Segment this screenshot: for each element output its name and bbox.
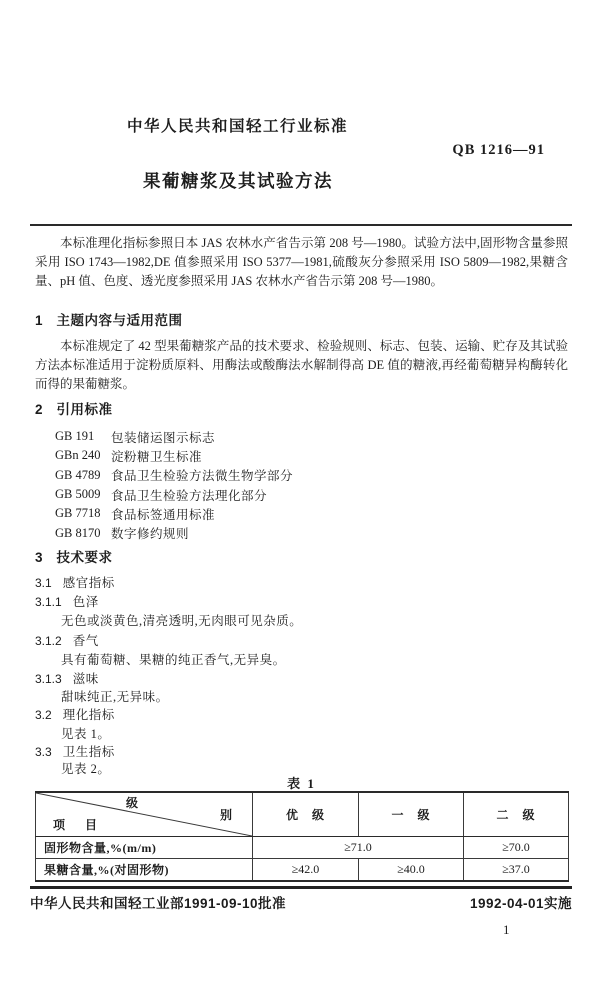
reference-name: 淀粉糖卫生标准 (111, 447, 202, 465)
section-3-heading: 3技术要求 (35, 548, 568, 567)
table-row-solids-content: 固形物含量,%(m/m) ≥71.0 ≥70.0 (36, 837, 569, 859)
header-divider (30, 224, 572, 226)
footer-divider (30, 886, 572, 889)
subsection-3-1-3: 3.1.3 滋味 (35, 671, 568, 688)
subsection-title: 卫生指标 (63, 744, 115, 761)
subsection-text: 甜味纯正,无异味。 (35, 689, 568, 706)
corner-label-grade-1: 级 (126, 797, 139, 809)
subsection-text: 见表 1。 (35, 726, 568, 743)
reference-code: GB 4789 (55, 468, 111, 483)
standard-code: QB 1216—91 (452, 142, 545, 159)
section-3-number: 3 (35, 550, 43, 565)
subsection-text: 具有葡萄糖、果糖的纯正香气,无异臭。 (35, 652, 568, 669)
approval-line: 中华人民共和国轻工业部1991-09-10批准 (30, 892, 286, 912)
section-3-title: 技术要求 (57, 550, 113, 565)
reference-list: GB 191 包装储运图示标志 GBn 240 淀粉糖卫生标准 GB 4789 … (35, 427, 568, 543)
intro-paragraph: 本标准理化指标参照日本 JAS 农林水产省告示第 208 号—1980。试验方法… (35, 234, 568, 291)
section-1-number: 1 (35, 313, 43, 328)
document-page: 中华人民共和国轻工行业标准 QB 1216—91 果葡糖浆及其试验方法 本标准理… (0, 0, 600, 989)
corner-label-item-1: 项 (53, 819, 66, 831)
subsection-title: 理化指标 (63, 707, 115, 724)
standard-org-line: 中华人民共和国轻工行业标准 (127, 114, 348, 136)
subsection-3-1-1: 3.1.1 色泽 (35, 594, 568, 611)
page-number: 1 (503, 922, 510, 938)
reference-name: 包装储运图示标志 (111, 428, 215, 446)
reference-code: GBn 240 (55, 448, 111, 463)
section-1-title: 主题内容与适用范围 (57, 313, 183, 328)
subsection-text: 无色或淡黄色,清亮透明,无肉眼可见杂质。 (35, 613, 568, 630)
reference-item: GB 191 包装储运图示标志 (35, 427, 568, 446)
row-value: ≥42.0 (253, 859, 359, 882)
reference-code: GB 5009 (55, 487, 111, 502)
reference-name: 数字修约规则 (111, 524, 189, 542)
reference-item: GB 7718 食品标签通用标准 (35, 504, 568, 523)
reference-item: GB 8170 数字修约规则 (35, 523, 568, 542)
reference-code: GB 191 (55, 429, 111, 444)
section-2-title: 引用标准 (57, 402, 113, 417)
section-1-paragraph-2: 本标准适用于淀粉质原料、用酶法或酸酶法水解制得高 DE 值的糖液,再经葡萄糖异构… (35, 356, 568, 394)
row-item-label: 固形物含量,%(m/m) (36, 837, 253, 859)
table-1-caption: 表 1 (35, 773, 568, 792)
subsection-3-1: 3.1 感官指标 (35, 575, 568, 592)
subsection-number: 3.1.1 (35, 594, 62, 611)
reference-item: GB 5009 食品卫生检验方法理化部分 (35, 485, 568, 504)
table-1: 级 别 项 目 优 级 一 级 二 级 固形物含量,%(m/m) ≥71.0 ≥… (35, 791, 569, 882)
subsection-title: 色泽 (73, 594, 99, 611)
reference-code: GB 8170 (55, 526, 111, 541)
corner-label-grade-2: 别 (220, 809, 233, 821)
section-1-heading: 1主题内容与适用范围 (35, 311, 568, 330)
subsection-number: 3.1.2 (35, 633, 62, 650)
subsection-3-3: 3.3 卫生指标 (35, 744, 568, 761)
subsection-number: 3.1 (35, 575, 52, 592)
row-value: ≥40.0 (359, 859, 464, 882)
subsection-title: 感官指标 (63, 575, 115, 592)
table-row-fructose-content: 果糖含量,%(对固形物) ≥42.0 ≥40.0 ≥37.0 (36, 859, 569, 882)
row-item-label: 果糖含量,%(对固形物) (36, 859, 253, 882)
table-corner-cell: 级 别 项 目 (36, 792, 253, 837)
row-value: ≥71.0 (253, 837, 464, 859)
row-value: ≥70.0 (464, 837, 569, 859)
corner-label-item-2: 目 (85, 819, 98, 831)
reference-item: GBn 240 淀粉糖卫生标准 (35, 446, 568, 465)
reference-name: 食品卫生检验方法理化部分 (111, 486, 267, 504)
row-value: ≥37.0 (464, 859, 569, 882)
implementation-line: 1992-04-01实施 (470, 892, 572, 912)
subsection-3-2: 3.2 理化指标 (35, 707, 568, 724)
table-header-row: 级 别 项 目 优 级 一 级 二 级 (36, 792, 569, 837)
column-header-second-grade: 二 级 (464, 792, 569, 837)
reference-name: 食品标签通用标准 (111, 505, 215, 523)
column-header-premium-grade: 优 级 (253, 792, 359, 837)
column-header-first-grade: 一 级 (359, 792, 464, 837)
reference-code: GB 7718 (55, 506, 111, 521)
subsection-number: 3.2 (35, 707, 52, 724)
subsection-number: 3.1.3 (35, 671, 62, 688)
subsection-title: 滋味 (73, 671, 99, 688)
subsection-title: 香气 (73, 633, 99, 650)
reference-name: 食品卫生检验方法微生物学部分 (111, 466, 293, 484)
reference-item: GB 4789 食品卫生检验方法微生物学部分 (35, 466, 568, 485)
section-2-number: 2 (35, 402, 43, 417)
subsection-3-1-2: 3.1.2 香气 (35, 633, 568, 650)
subsection-number: 3.3 (35, 744, 52, 761)
document-title: 果葡糖浆及其试验方法 (143, 168, 333, 193)
section-2-heading: 2引用标准 (35, 400, 568, 419)
